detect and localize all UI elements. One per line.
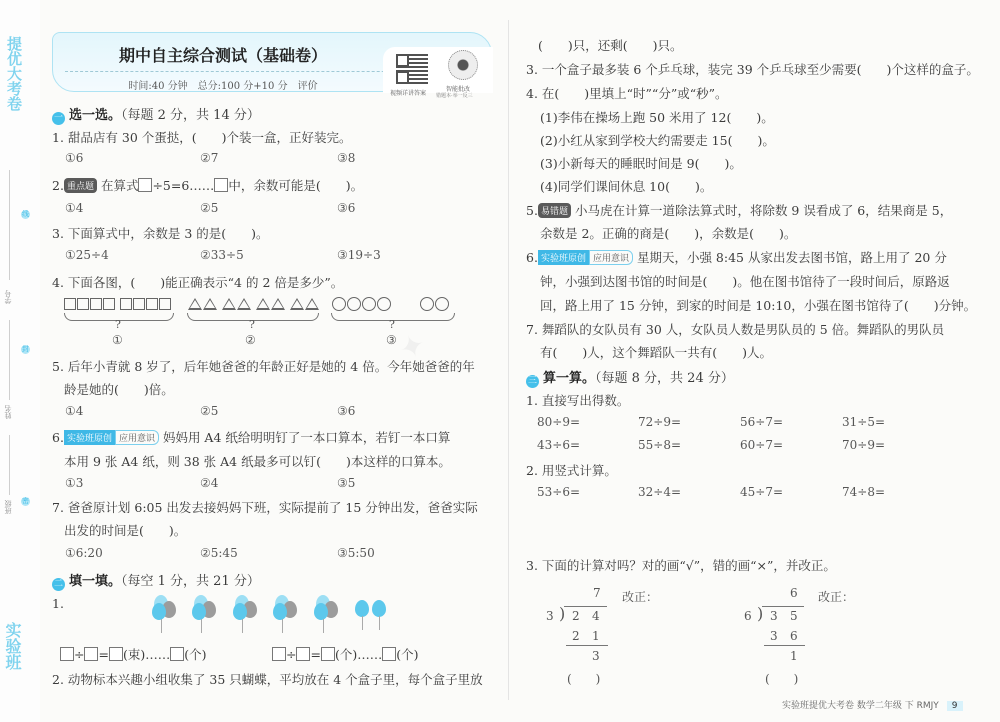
- question-3-3: 3. 下面的计算对吗？对的画“√”，错的画“×”，并改正。: [526, 556, 836, 574]
- question-2-4-item: (2)小红从家到学校大约需要走 15( )。: [540, 131, 775, 149]
- section-header-2: 二填一填。（每空 1 分，共 21 分）: [52, 570, 260, 591]
- question-3-1: 1. 直接写出得数。: [526, 391, 629, 409]
- question-1-7-line1: 7. 爸爸原计划 6:05 出发去接妈妈下班，实际提前了 15 分钟出发，爸爸实…: [52, 498, 478, 516]
- seal-line-mark: 封: [21, 345, 30, 354]
- calc-item[interactable]: 55÷8=: [638, 438, 681, 452]
- question-3-2: 2. 用竖式计算。: [526, 461, 617, 479]
- question-2-4-item: (3)小新每天的睡眠时间是 9( )。: [540, 154, 742, 172]
- calc-item[interactable]: 60÷7=: [740, 438, 783, 452]
- option[interactable]: ③5: [337, 476, 355, 490]
- option[interactable]: ②: [245, 333, 256, 347]
- page-number: 9: [947, 701, 963, 711]
- section-number-icon: 一: [52, 112, 65, 125]
- seal-line-mark: 线: [21, 210, 30, 219]
- calc-item[interactable]: 43÷6=: [537, 438, 580, 452]
- page-footer: 实验班提优大考卷 数学二年级 下 RMJY9: [782, 698, 963, 711]
- question-2-1: 1.: [52, 596, 64, 611]
- blank-box[interactable]: [272, 647, 286, 661]
- original-question-tag: 实验班原创: [64, 430, 115, 445]
- calc-item[interactable]: 74÷8=: [842, 485, 885, 499]
- section-number-icon: 三: [526, 375, 539, 388]
- division-blanks-a: ÷=(束)……(个): [60, 645, 207, 663]
- question-2-7-line1: 7. 舞蹈队的女队员有 30 人，女队员人数是男队员的 5 倍。舞蹈队的男队员: [526, 320, 944, 338]
- question-1-7-line2: 出发的时间是( )。: [64, 521, 186, 539]
- correction-label: 改正：: [818, 588, 854, 605]
- key-question-tag: 重点题: [64, 178, 97, 193]
- question-2-7-line2: 有( )人，这个舞蹈队一共有( )人。: [540, 343, 772, 361]
- judgement-blank[interactable]: ( ): [567, 670, 600, 687]
- option[interactable]: ①4: [65, 201, 83, 215]
- question-1-5-line2: 龄是她的( )倍。: [64, 380, 174, 398]
- question-2-2-line1: 2. 动物标本兴趣小组收集了 35 只蝴蝶，平均放在 4 个盒子里，每个盒子里放: [52, 670, 483, 688]
- gutter-line: [9, 320, 10, 400]
- brand-vertical-bottom: 实验班: [4, 622, 24, 670]
- section-score: （每空 1 分，共 21 分）: [121, 574, 260, 589]
- smart-grading-icon[interactable]: [448, 50, 478, 80]
- question-mark: ?: [115, 318, 121, 331]
- section-header-3: 三算一算。（每题 8 分，共 24 分）: [526, 367, 734, 388]
- question-2-5-line2: 余数是 2。正确的商是( )，余数是( )。: [540, 224, 796, 242]
- option[interactable]: ③6: [337, 201, 355, 215]
- page-title: 期中自主综合测试（基础卷）: [53, 43, 393, 66]
- division-blanks-b: ÷=(个)……(个): [272, 645, 419, 663]
- calc-item[interactable]: 45÷7=: [740, 485, 783, 499]
- section-title: 选一选。: [69, 108, 121, 123]
- option[interactable]: ①: [112, 333, 123, 347]
- gutter-label-name: 姓名: [3, 405, 13, 419]
- calc-item[interactable]: 56÷7=: [740, 415, 783, 429]
- option[interactable]: ③5:50: [337, 546, 375, 560]
- application-tag: 应用意识: [115, 430, 159, 445]
- gutter-line: [9, 435, 10, 495]
- application-tag: 应用意识: [589, 250, 633, 265]
- dashed-divider: [65, 71, 435, 72]
- calc-item[interactable]: 80÷9=: [537, 415, 580, 429]
- binding-gutter: 提优大考卷 学号 姓名 班级 线 封 密 实验班: [0, 0, 40, 722]
- option[interactable]: ①3: [65, 476, 83, 490]
- blank-box[interactable]: [109, 647, 123, 661]
- figure-squares: [64, 298, 172, 313]
- footer-text: 实验班提优大考卷 数学二年级 下 RMJY: [782, 701, 939, 711]
- calc-item[interactable]: 70÷9=: [842, 438, 885, 452]
- gutter-line: [9, 170, 10, 280]
- calc-item[interactable]: 53÷6=: [537, 485, 580, 499]
- blank-box[interactable]: [170, 647, 184, 661]
- column-divider: [508, 20, 509, 700]
- question-1-5-line1: 5. 后年小青就 8 岁了，后年她爸爸的年龄正好是她的 4 倍。今年她爸爸的年: [52, 357, 475, 375]
- exam-page: 提优大考卷 学号 姓名 班级 线 封 密 实验班 ✦ 期中自主综合测试（基础卷）…: [0, 0, 1000, 722]
- option[interactable]: ①25÷4: [65, 248, 109, 262]
- question-2-2-line2: ( )只，还剩( )只。: [538, 36, 683, 54]
- option[interactable]: ③8: [337, 151, 355, 165]
- question-mark: ?: [249, 318, 255, 331]
- option[interactable]: ②4: [200, 476, 218, 490]
- gutter-label-class: 班级: [3, 500, 13, 514]
- smart-grading-sub: 错题本·举一反三: [436, 92, 473, 99]
- option[interactable]: ②5: [200, 201, 218, 215]
- section-title: 算一算。: [543, 371, 595, 386]
- section-score: （每题 2 分，共 14 分）: [121, 108, 260, 123]
- question-mark: ?: [389, 318, 395, 331]
- option[interactable]: ②5: [200, 404, 218, 418]
- option[interactable]: ①6:20: [65, 546, 103, 560]
- figure-triangles: [188, 298, 320, 313]
- qr-label: 视频详讲答案: [390, 88, 426, 97]
- option[interactable]: ②7: [200, 151, 218, 165]
- judgement-blank[interactable]: ( ): [765, 670, 798, 687]
- question-2-4: 4. 在( )里填上“时”“分”或“秒”。: [526, 84, 728, 102]
- option[interactable]: ③19÷3: [337, 248, 381, 262]
- question-2-5-line1: 5.易错题 小马虎在计算一道除法算式时，将除数 9 误看成了 6，结果商是 5，: [526, 201, 952, 219]
- blank-box[interactable]: [382, 647, 396, 661]
- option[interactable]: ①6: [65, 151, 83, 165]
- figure-circles: [332, 297, 450, 314]
- brand-vertical-top: 提优大考卷: [6, 36, 22, 111]
- blank-box[interactable]: [84, 647, 98, 661]
- blank-box[interactable]: [296, 647, 310, 661]
- question-1-1: 1. 甜品店有 30 个蛋挞，( )个装一盒，正好装完。: [52, 128, 352, 146]
- original-question-tag: 实验班原创: [538, 250, 589, 265]
- question-1-3: 3. 下面算式中，余数是 3 的是( )。: [52, 224, 269, 242]
- section-number-icon: 二: [52, 578, 65, 591]
- seal-line-mark: 密: [21, 497, 30, 506]
- section-score: （每题 8 分，共 24 分）: [595, 371, 734, 386]
- section-header-1: 一选一选。（每题 2 分，共 14 分）: [52, 104, 260, 125]
- option[interactable]: ②33÷5: [200, 248, 244, 262]
- question-1-6-line2: 本用 9 张 A4 纸，则 38 张 A4 纸最多可以钉( )本这样的口算本。: [64, 452, 451, 470]
- question-2-3: 3. 一个盒子最多装 6 个乒乓球，装完 39 个乒乓球至少需要( )个这样的盒…: [526, 60, 979, 78]
- calc-item[interactable]: 72÷9=: [638, 415, 681, 429]
- question-1-2: 2.重点题 在算式÷5=6……中，余数可能是( )。: [52, 176, 363, 194]
- option[interactable]: ③: [386, 333, 397, 347]
- blank-box[interactable]: [60, 647, 74, 661]
- option[interactable]: ①4: [65, 404, 83, 418]
- question-1-4: 4. 下面各图，( )能正确表示“4 的 2 倍是多少”。: [52, 273, 343, 291]
- exam-meta: 时间:40 分钟 总分:100 分+10 分 评价: [53, 77, 393, 92]
- correction-label: 改正：: [622, 588, 658, 605]
- blank-box[interactable]: [138, 178, 152, 192]
- question-1-6-line1: 6.实验班原创应用意识 妈妈用 A4 纸给明明钉了一本口算本，若钉一本口算: [52, 428, 450, 446]
- option[interactable]: ②5:45: [200, 546, 238, 560]
- calc-item[interactable]: 31÷5=: [842, 415, 885, 429]
- option[interactable]: ③6: [337, 404, 355, 418]
- qr-code-icon[interactable]: [396, 54, 428, 84]
- question-2-4-item: (4)同学们课间休息 10( )。: [540, 177, 712, 195]
- question-2-4-item: (1)李伟在操场上跑 50 米用了 12( )。: [540, 108, 774, 126]
- question-2-6-line1: 6.实验班原创应用意识 星期天，小强 8:45 从家出发去图书馆，路上用了 20…: [526, 248, 947, 266]
- error-prone-tag: 易错题: [538, 203, 571, 218]
- blank-box[interactable]: [214, 178, 228, 192]
- question-2-6-line3: 回，路上用了 15 分钟，到家的时间是 10:10，小强在图书馆待了( )分钟。: [540, 296, 976, 314]
- calc-item[interactable]: 32÷4=: [638, 485, 681, 499]
- blank-box[interactable]: [321, 647, 335, 661]
- gutter-label-id: 学号: [3, 290, 13, 304]
- section-title: 填一填。: [69, 574, 121, 589]
- question-2-6-line2: 钟，小强到达图书馆的时间是( )。他在图书馆待了一段时间后，原路返: [540, 272, 950, 290]
